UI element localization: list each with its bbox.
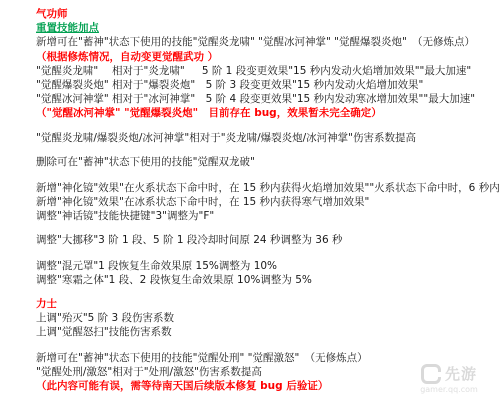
watermark-brand: 先游	[445, 363, 477, 384]
patch-line: "觉醒冰河神掌" 相对于"冰河神掌" 5 阶 4 段变更效果"15 秒内发动寒冰…	[36, 92, 500, 106]
patch-line: 调整"神话镜"技能快捷键"3"调整为"F"	[36, 209, 500, 223]
patch-note-red: （"觉醒冰河神掌" "觉醒爆裂炎炮" 目前存在 bug，效果暂未完全确定）	[36, 106, 500, 120]
patch-line: 删除可在"蓄神"状态下使用的技能"觉醒双龙破"	[36, 155, 500, 169]
patch-line: 新增"神化镜"效果"在冰系状态下命中时，在 15 秒内获得寒气增加效果"	[36, 195, 500, 209]
xianyou-watermark: 先游 gamer.qq.com	[406, 363, 492, 394]
patch-line: "觉醒炎龙啸/爆裂炎炮/冰河神掌"相对于"炎龙啸/爆裂炎炮/冰河神掌"伤害系数提…	[36, 131, 500, 145]
patch-line: "觉醒爆裂炎炮" 相对于"爆裂炎炮" 5 阶 3 段变更效果"15 秒内发动火焰…	[36, 78, 500, 92]
patch-line: 新增可在"蓄神"状态下使用的技能"觉醒炎龙啸" "觉醒冰河神掌" "觉醒爆裂炎炮…	[36, 35, 500, 49]
patch-line: 上调"觉醒怒扫"技能伤害系数	[36, 325, 500, 339]
reset-skill-points-link: 重置技能加点	[36, 21, 500, 35]
patch-line: 调整"混元罩"1 段恢复生命效果原 15%调整为 10%	[36, 259, 500, 273]
patch-line: 调整"大挪移"3 阶 1 段、5 阶 1 段冷却时间原 24 秒调整为 36 秒	[36, 233, 500, 247]
class-heading-qigongshi: 气功师	[36, 7, 500, 21]
patch-line: 新增"神化镜"效果"在火系状态下命中时，在 15 秒内获得火焰增加效果""火系状…	[36, 181, 500, 195]
patch-line: 调整"寒霜之体"1 段、2 段恢复生命效果原 10%调整为 5%	[36, 273, 500, 287]
watermark-site: gamer.qq.com	[420, 385, 478, 394]
patch-notes-document: 气功师 重置技能加点 新增可在"蓄神"状态下使用的技能"觉醒炎龙啸" "觉醒冰河…	[0, 0, 500, 400]
patch-line: 上调"殆灭"5 阶 3 段伤害系数	[36, 311, 500, 325]
xianyou-logo-icon	[421, 364, 441, 384]
class-heading-lishi: 力士	[36, 297, 500, 311]
patch-line: "觉醒炎龙啸" 相对于"炎龙啸" 5 阶 1 段变更效果"15 秒内发动火焰增加…	[36, 64, 500, 78]
patch-note-red: （根据修炼情况，自动变更觉醒武功 ）	[36, 50, 500, 64]
